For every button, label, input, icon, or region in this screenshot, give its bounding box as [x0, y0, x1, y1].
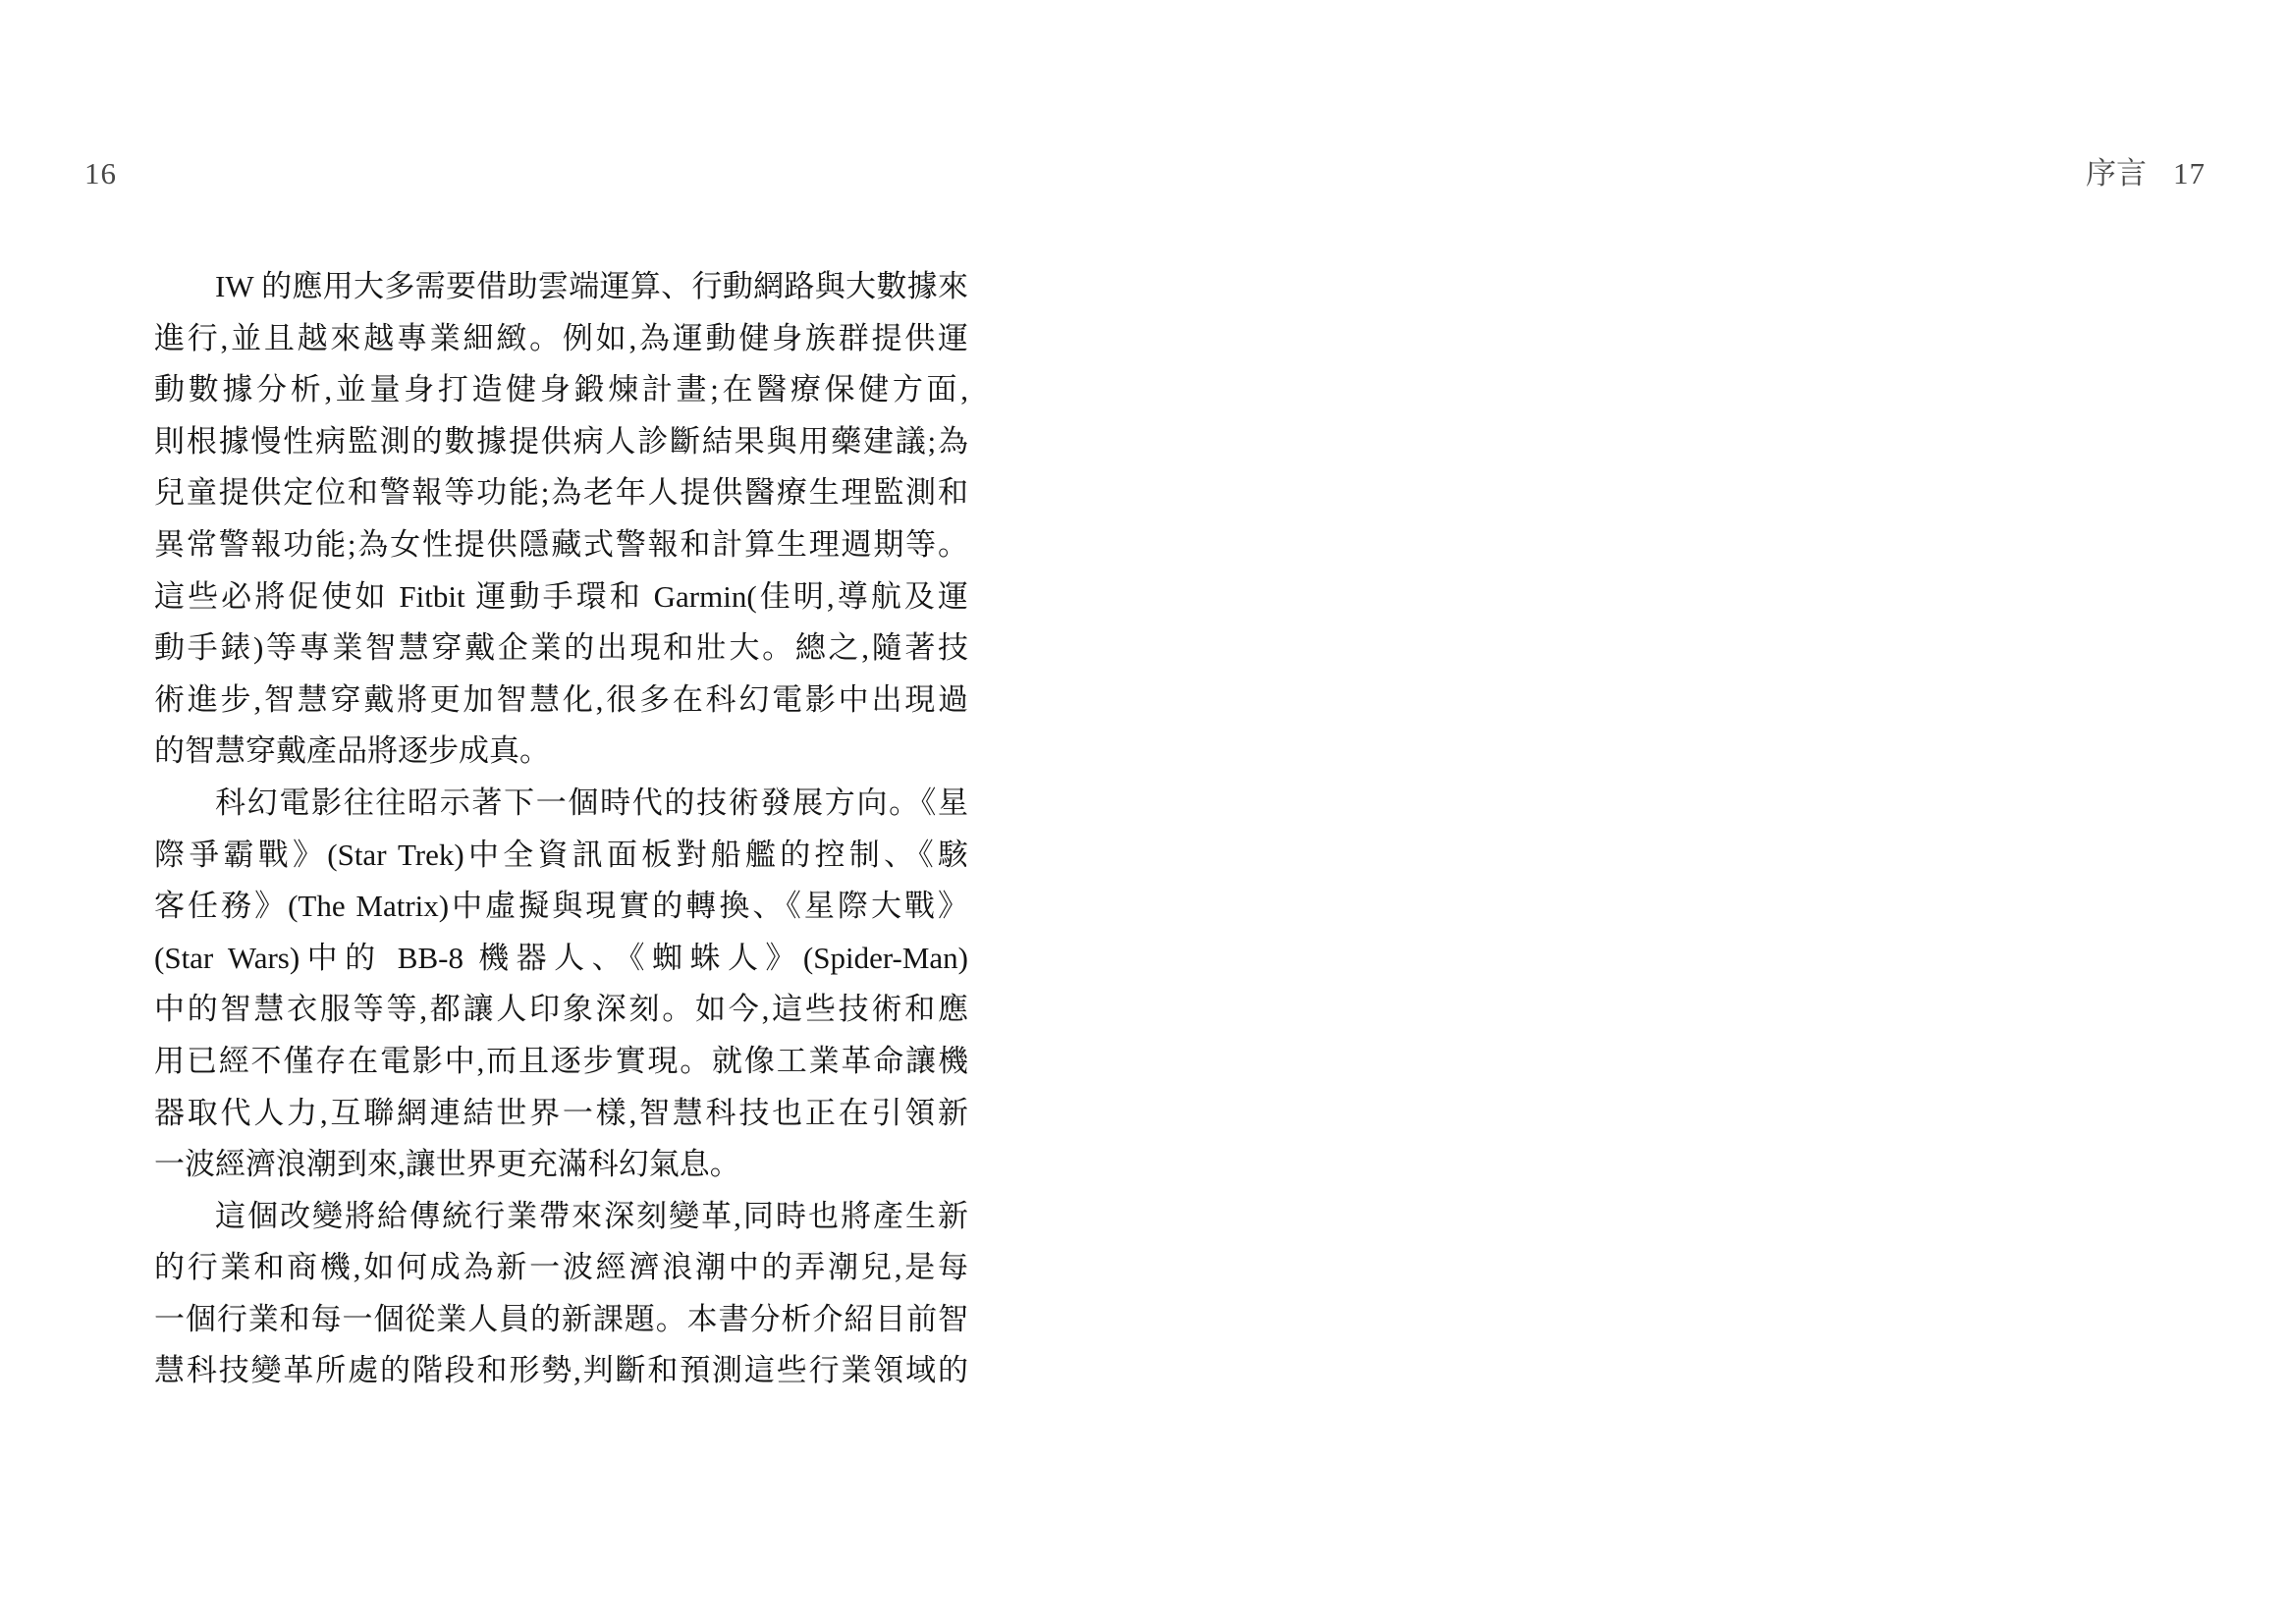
text-line: 際爭霸戰》(Star Trek)中全資訊面板對船艦的控制、《駭: [154, 830, 968, 882]
text-line: 用已經不僅存在電影中,而且逐步實現。就像工業革命讓機: [154, 1036, 968, 1088]
text-line: 進行,並且越來越專業細緻。例如,為運動健身族群提供運: [154, 313, 968, 365]
text-line: 異常警報功能;為女性提供隱藏式警報和計算生理週期等。: [154, 519, 968, 571]
text-line: 一波經濟浪潮到來,讓世界更充滿科幻氣息。: [154, 1139, 968, 1191]
text-line: 動手錶)等專業智慧穿戴企業的出現和壯大。總之,隨著技: [154, 623, 968, 675]
text-line: 慧科技變革所處的階段和形勢,判斷和預測這些行業領域的: [154, 1345, 968, 1397]
page-right: 序言 17 趨勢發展,希望讓讀者從中得到啟發,在新一波經濟浪潮和商業變革中抓住機…: [1144, 0, 2289, 1624]
text-line: 的智慧穿戴產品將逐步成真。: [154, 726, 968, 778]
text-line: 則根據慢性病監測的數據提供病人診斷結果與用藥建議;為: [154, 416, 968, 468]
text-line: 器取代人力,互聯網連結世界一樣,智慧科技也正在引領新: [154, 1088, 968, 1140]
text-line: 的行業和商機,如何成為新一波經濟浪潮中的弄潮兒,是每: [154, 1242, 968, 1294]
text-line: 兒童提供定位和警報等功能;為老年人提供醫療生理監測和: [154, 467, 968, 519]
text-line: (Star Wars)中的 BB-8 機器人、《蜘蛛人》(Spider-Man): [154, 933, 968, 985]
text-line: 這個改變將給傳統行業帶來深刻變革,同時也將產生新: [154, 1191, 968, 1243]
text-line: 科幻電影往往昭示著下一個時代的技術發展方向。《星: [154, 778, 968, 830]
text-line: 一個行業和每一個從業人員的新課題。本書分析介紹目前智: [154, 1294, 968, 1346]
right-running-head: 序言 17: [2086, 157, 2206, 190]
text-line: 中的智慧衣服等等,都讓人印象深刻。如今,這些技術和應: [154, 984, 968, 1036]
chapter-title: 序言: [2086, 157, 2147, 190]
right-page-number: 17: [2173, 157, 2206, 190]
text-line: 術進步,智慧穿戴將更加智慧化,很多在科幻電影中出現過: [154, 675, 968, 727]
text-line: IW 的應用大多需要借助雲端運算、行動網路與大數據來: [154, 261, 968, 313]
text-line: 客任務》(The Matrix)中虛擬與現實的轉換、《星際大戰》: [154, 881, 968, 933]
left-text-column: IW 的應用大多需要借助雲端運算、行動網路與大數據來進行,並且越來越專業細緻。例…: [154, 261, 968, 1397]
text-line: 動數據分析,並量身打造健身鍛煉計畫;在醫療保健方面,: [154, 364, 968, 416]
page-left: 16 IW 的應用大多需要借助雲端運算、行動網路與大數據來進行,並且越來越專業細…: [0, 0, 1144, 1624]
left-page-number: 16: [84, 157, 117, 190]
text-line: 這些必將促使如 Fitbit 運動手環和 Garmin(佳明,導航及運: [154, 571, 968, 623]
